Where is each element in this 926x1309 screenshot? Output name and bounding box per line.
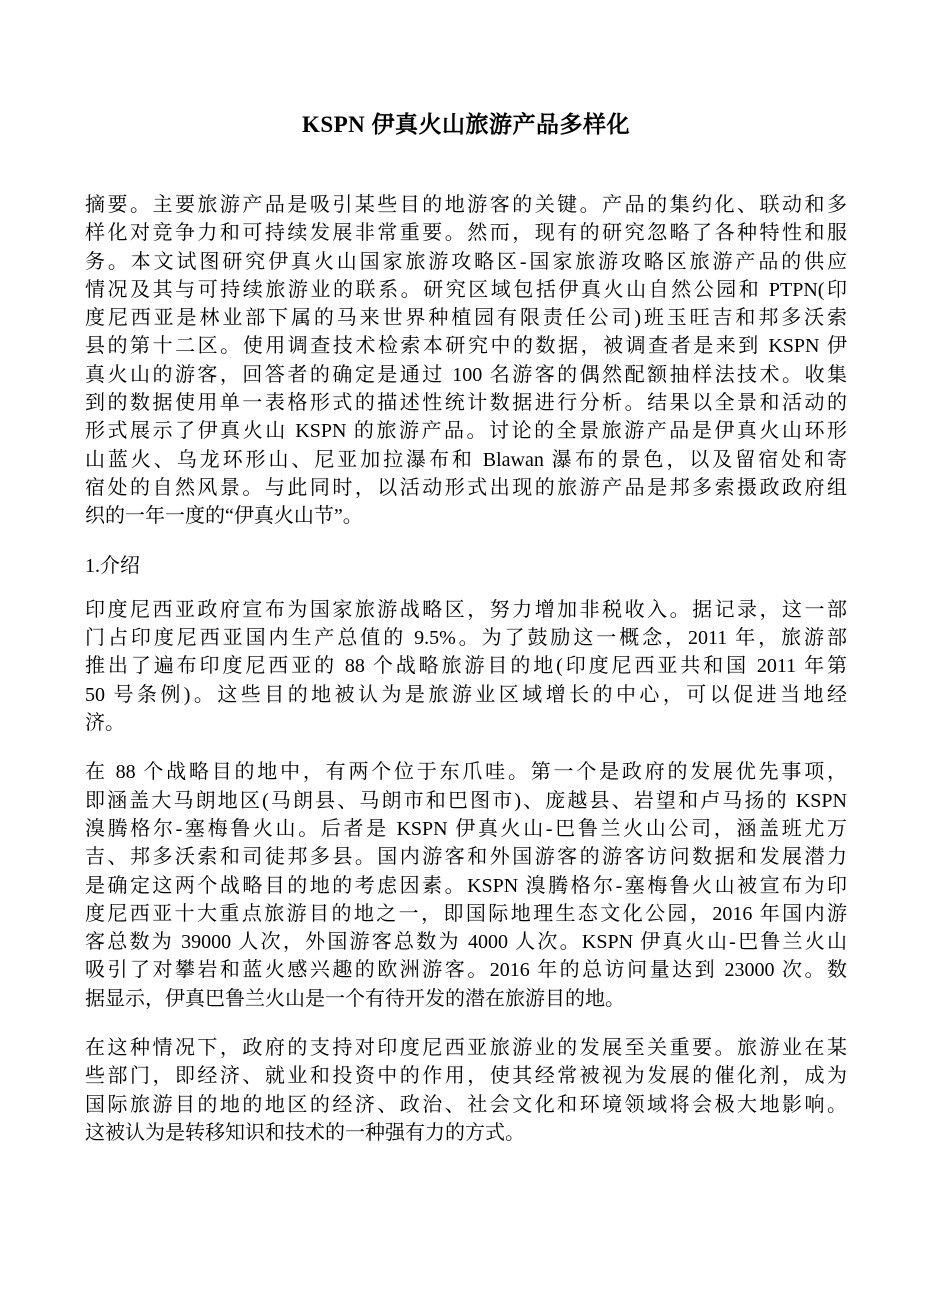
text-line: 情况及其与可持续旅游业的联系。研究区域包括伊真火山自然公园和 PTPN(印	[85, 276, 847, 304]
text-line: 印度尼西亚政府宣布为国家旅游战略区，努力增加非税收入。据记录，这一部	[85, 596, 847, 624]
text-line: 吉、邦多沃索和司徒邦多县。国内游客和外国游客的游客访问数据和发展潜力	[85, 843, 847, 871]
text-line: 门占印度尼西亚国内生产总值的 9.5%。为了鼓励这一概念，2011 年，旅游部	[85, 624, 847, 652]
text-line: 形式展示了伊真火山 KSPN 的旅游产品。讨论的全景旅游产品是伊真火山环形	[85, 417, 847, 445]
text-line: 度尼西亚是林业部下属的马来世界种植园有限责任公司)班玉旺吉和邦多沃索	[85, 304, 847, 332]
text-line: 客总数为 39000 人次，外国游客总数为 4000 人次。KSPN 伊真火山-…	[85, 928, 847, 956]
text-line: 山蓝火、乌龙环形山、尼亚加拉瀑布和 Blawan 瀑布的景色，以及留宿处和寄	[85, 446, 847, 474]
document-body: 摘要。主要旅游产品是吸引某些目的地游客的关键。产品的集约化、联动和多样化对竞争力…	[85, 191, 847, 1147]
text-line: 些部门，即经济、就业和投资中的作用，使其经常被视为发展的催化剂，成为	[85, 1062, 847, 1090]
intro-paragraph-3: 在这种情况下，政府的支持对印度尼西亚旅游业的发展至关重要。旅游业在某些部门，即经…	[85, 1034, 847, 1147]
text-line: 度尼西亚十大重点旅游目的地之一，即国际地理生态文化公园，2016 年国内游	[85, 900, 847, 928]
intro-paragraph-2: 在 88 个战略目的地中，有两个位于东爪哇。第一个是政府的发展优先事项，即涵盖大…	[85, 758, 847, 1013]
text-line: 织的一年一度的“伊真火山节”。	[85, 502, 847, 530]
text-line: 到的数据使用单一表格形式的描述性统计数据进行分析。结果以全景和活动的	[85, 389, 847, 417]
text-line: 这被认为是转移知识和技术的一种强有力的方式。	[85, 1119, 847, 1147]
text-line: 吸引了对攀岩和蓝火感兴趣的欧洲游客。2016 年的总访问量达到 23000 次。…	[85, 956, 847, 984]
text-line: 样化对竞争力和可持续发展非常重要。然而，现有的研究忽略了各种特性和服	[85, 219, 847, 247]
text-line: 国际旅游目的地的地区的经济、政治、社会文化和环境领域将会极大地影响。	[85, 1091, 847, 1119]
text-line: 务。本文试图研究伊真火山国家旅游攻略区-国家旅游攻略区旅游产品的供应	[85, 248, 847, 276]
text-line: 在 88 个战略目的地中，有两个位于东爪哇。第一个是政府的发展优先事项，	[85, 758, 847, 786]
text-line: 即涵盖大马朗地区(马朗县、马朗市和巴图市)、庞越县、岩望和卢马扬的 KSPN	[85, 787, 847, 815]
text-line: 在这种情况下，政府的支持对印度尼西亚旅游业的发展至关重要。旅游业在某	[85, 1034, 847, 1062]
text-line: 溴腾格尔-塞梅鲁火山。后者是 KSPN 伊真火山-巴鲁兰火山公司，涵盖班尤万	[85, 815, 847, 843]
abstract-paragraph: 摘要。主要旅游产品是吸引某些目的地游客的关键。产品的集约化、联动和多样化对竞争力…	[85, 191, 847, 531]
text-line: 推出了遍布印度尼西亚的 88 个战略旅游目的地(印度尼西亚共和国 2011 年第	[85, 652, 847, 680]
text-line: 据显示，伊真巴鲁兰火山是一个有待开发的潜在旅游目的地。	[85, 985, 847, 1013]
text-line: 摘要。主要旅游产品是吸引某些目的地游客的关键。产品的集约化、联动和多	[85, 191, 847, 219]
document-title: KSPN 伊真火山旅游产品多样化	[85, 108, 847, 142]
text-line: 宿处的自然风景。与此同时，以活动形式出现的旅游产品是邦多索摄政政府组	[85, 474, 847, 502]
text-line: 50 号条例)。这些目的地被认为是旅游业区域增长的中心，可以促进当地经	[85, 681, 847, 709]
text-line: 济。	[85, 709, 847, 737]
text-line: 真火山的游客，回答者的确定是通过 100 名游客的偶然配额抽样法技术。收集	[85, 361, 847, 389]
text-line: 是确定这两个战略目的地的考虑因素。KSPN 溴腾格尔-塞梅鲁火山被宣布为印	[85, 872, 847, 900]
document-page: KSPN 伊真火山旅游产品多样化 摘要。主要旅游产品是吸引某些目的地游客的关键。…	[0, 0, 926, 1309]
section-1-heading: 1.介绍	[85, 552, 847, 580]
intro-paragraph-1: 印度尼西亚政府宣布为国家旅游战略区，努力增加非税收入。据记录，这一部门占印度尼西…	[85, 596, 847, 737]
text-line: 县的第十二区。使用调查技术检索本研究中的数据，被调查者是来到 KSPN 伊	[85, 332, 847, 360]
